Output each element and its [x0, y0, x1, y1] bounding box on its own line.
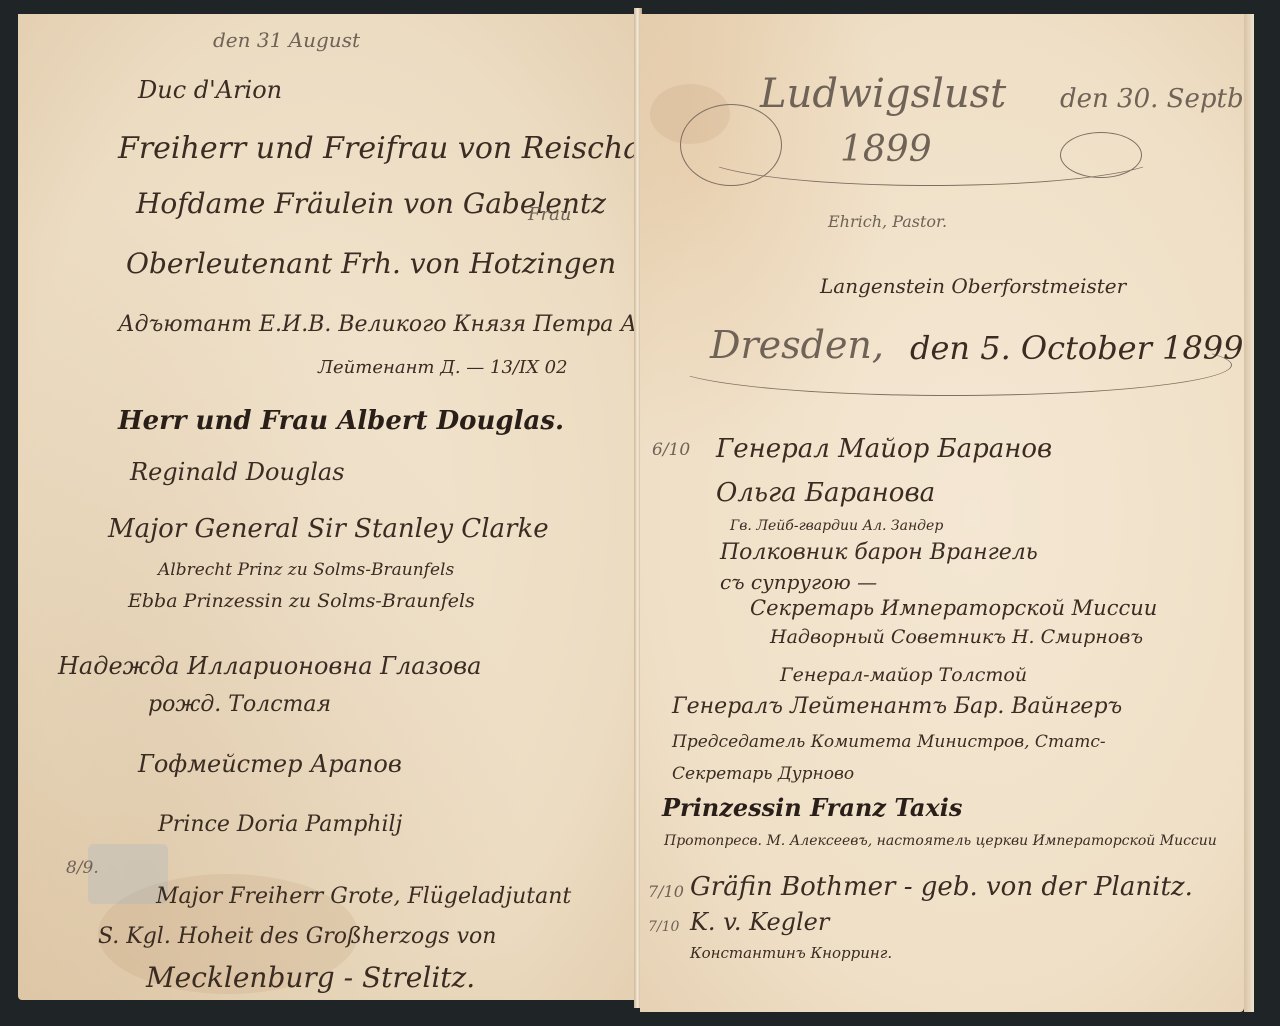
- entry-adjutant-russian: Адъютант Е.И.В. Великого Князя Петра Адм…: [118, 314, 636, 336]
- left-page: den 31 August Duc d'Arion Freiherr und F…: [18, 14, 636, 1000]
- entry-albrecht-solms: Albrecht Prinz zu Solms-Braunfels: [158, 562, 454, 579]
- entry-date-8-9: 8/9.: [66, 860, 99, 877]
- entry-baranov: Генерал Майор Баранов: [716, 436, 1052, 462]
- entry-arapov: Гофмейстер Арапов: [138, 752, 402, 776]
- entry-knorring: Константинъ Кнорринг.: [690, 946, 892, 961]
- entry-secretary-mission: Секретарь Императорской Миссии: [750, 598, 1157, 619]
- entry-kegler: K. v. Kegler: [690, 910, 829, 934]
- entry-reginald-douglas: Reginald Douglas: [130, 460, 345, 484]
- page-edge: [1244, 14, 1254, 1012]
- annotation-frau: Frau: [528, 206, 571, 224]
- entry-date-7-10-b: 7/10: [648, 920, 679, 934]
- header-year-1899: 1899: [840, 132, 932, 168]
- entry-durnovo: Секретарь Дурново: [672, 766, 854, 783]
- entry-wrangel: Полковник барон Врангель: [720, 542, 1038, 564]
- entry-langenstein: Langenstein Oberforstmeister: [820, 276, 1126, 296]
- entry-bothmer: Gräfin Bothmer - geb. von der Planitz.: [690, 874, 1193, 900]
- guestbook-spread: den 31 August Duc d'Arion Freiherr und F…: [0, 0, 1280, 1026]
- entry-grote: Major Freiherr Grote, Flügeladjutant: [156, 886, 571, 908]
- entry-stanley-clarke: Major General Sir Stanley Clarke: [108, 516, 549, 542]
- right-page: Ludwigslust den 30. Septbr. 1899 Ehrich,…: [640, 14, 1244, 1012]
- entry-albert-douglas: Herr und Frau Albert Douglas.: [118, 408, 564, 434]
- entry-zander: Гв. Лейб-гвардии Ал. Зандер: [730, 519, 943, 533]
- entry-vaingger: Генералъ Лейтенантъ Бар. Вайнгеръ: [672, 696, 1122, 718]
- header-place-ludwigslust: Ludwigslust: [760, 74, 1006, 114]
- entry-alekseev: Протопресв. М. Алексеевъ, настоятель цер…: [664, 834, 1217, 848]
- entry-prinzessin-taxis: Prinzessin Franz Taxis: [662, 796, 962, 820]
- entry-date-7-10-a: 7/10: [648, 884, 684, 900]
- date-header: den 31 August: [213, 30, 360, 50]
- entry-hotzingen: Oberleutenant Frh. von Hotzingen: [126, 250, 616, 278]
- entry-tolstoy: Генерал-майор Толстой: [780, 666, 1027, 685]
- entry-grossherzog: S. Kgl. Hoheit des Großherzogs von: [98, 926, 496, 948]
- entry-lieutenant-russian: Лейтенант Д. — 13/IX 02: [318, 359, 568, 377]
- entry-mecklenburg-strelitz: Mecklenburg - Strelitz.: [146, 964, 475, 992]
- entry-duc-darion: Duc d'Arion: [138, 78, 282, 102]
- entry-ebba-solms: Ebba Prinzessin zu Solms-Braunfels: [128, 592, 475, 611]
- entry-doria-pamphilj: Prince Doria Pamphilj: [158, 814, 402, 836]
- flourish-loop: [1060, 132, 1142, 178]
- entry-committee-chairman: Председатель Комитета Министров, Статс-: [672, 734, 1106, 751]
- entry-wrangel-spouse: съ супругою —: [720, 572, 877, 592]
- entry-ehrich-pastor: Ehrich, Pastor.: [828, 214, 947, 230]
- entry-reischach: Freiherr und Freifrau von Reischach: [118, 134, 636, 164]
- header-date-5-october: den 5. October 1899.: [910, 332, 1244, 364]
- entry-date-6-10: 6/10: [652, 442, 690, 459]
- header-date-30-sept: den 30. Septbr.: [1060, 86, 1244, 112]
- entry-olga-baranova: Ольга Баранова: [716, 480, 935, 506]
- entry-smirnov: Надворный Советникъ Н. Смирновъ: [770, 628, 1143, 647]
- paper-stain: [650, 84, 730, 144]
- entry-tolstaya: рожд. Толстая: [148, 694, 331, 716]
- header-place-dresden: Dresden,: [710, 326, 884, 364]
- entry-glazova: Надежда Илларионовна Глазова: [58, 654, 481, 678]
